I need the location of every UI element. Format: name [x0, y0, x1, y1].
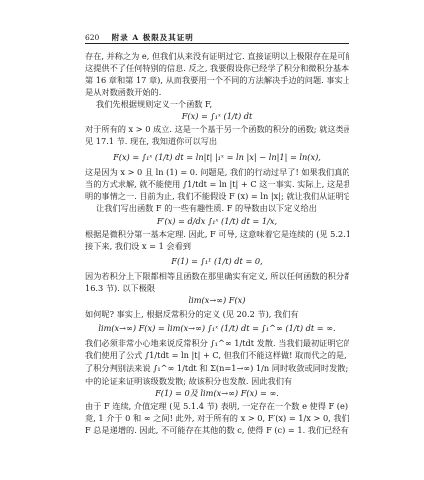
running-header: 620 附录 A 极限及其证明 — [85, 32, 194, 43]
text-line: 当的方式求解, 就不能使用 ∫1/tdt = ln |t| + C 这一事实. … — [85, 179, 349, 190]
equation: F(1) = 0及 lim(x→∞) F(x) = ∞. — [85, 388, 349, 399]
equation: lim(x→∞) F(x) = lim(x→∞) ∫₁ˣ (1/t) dt = … — [85, 323, 349, 334]
text-line: 我们使用了公式 ∫1/tdt = ln |t| + C, 但我们不能这样做! 取… — [85, 350, 349, 361]
text-line: 明的事情之一. 目前为止, 我们不能假设 F (x) = ln |x|; 就让我… — [85, 191, 349, 202]
chapter-title: 附录 A 极限及其证明 — [112, 33, 194, 42]
text-line: 存在, 并称之为 e, 但我们从来没有证明过它. 直接证明以上极限存在是可能的,… — [85, 51, 349, 62]
text-line: 对于所有的 x > 0 成立. 这是一个基于另一个函数的积分的函数; 就这类函数… — [85, 124, 349, 135]
text-line: 16.3 节). 以下极限 — [85, 283, 349, 294]
text-line: 这是因为 x > 0 且 ln (1) = 0. 问题是, 我们的行动过早了! … — [85, 167, 349, 178]
text-line: 第 16 章和第 17 章), 从而我要用一个不同的方法解决手边的问题. 事实上… — [85, 75, 349, 86]
equation: F(1) = ∫₁¹ (1/t) dt = 0, — [85, 256, 349, 267]
text-line: 见 17.1 节. 现在, 我知道你可以写出 — [85, 136, 349, 147]
text-line: 中的论证来证明该级数发散; 故该积分也发散. 因此我们有 — [85, 376, 349, 387]
text-line: 这提供不了任何特别的信息. 反之, 我要假设你已经学了积分和微积分基本定理 (见 — [85, 63, 349, 74]
text-line: 如何呢? 事实上, 根据反常积分的定义 (见 20.2 节), 我们有 — [85, 309, 349, 320]
document-page: 620 附录 A 极限及其证明 存在, 并称之为 e, 但我们从来没有证明过它.… — [0, 0, 424, 480]
text-line: 我们必须非常小心地来说反常积分 ∫₁^∞ 1/tdt 发散. 当我们最初证明它的… — [85, 338, 349, 349]
text-line: 竟, 1 介于 0 和 ∞ 之间! 此外, 对于所有的 x > 0, F′(x)… — [85, 413, 349, 424]
page-number: 620 — [85, 33, 99, 42]
header-rule — [85, 43, 349, 44]
equation: F(x) = ∫₁ˣ (1/t) dt = ln|t| |₁ˣ = ln |x|… — [85, 152, 349, 163]
equation: lim(x→∞) F(x) — [85, 295, 349, 306]
equation: F(x) = ∫₁ˣ (1/t) dt — [85, 111, 349, 122]
text-line: 由于 F 连续, 介值定理 (见 5.1.4 节) 表明, 一定存在一个数 e … — [85, 401, 349, 412]
text-line: 让我们写出函数 F 的一些有趣性质. F 的导数由以下定义给出 — [96, 203, 349, 214]
text-line: 了积分判别法来说 ∫₁^∞ 1/tdt 和 Σ(n=1→∞) 1/n 同时收敛或… — [85, 363, 349, 374]
text-line: 是从对数函数开始的. — [85, 87, 349, 98]
text-line: 接下来, 我们设 x = 1 会看到 — [85, 241, 349, 252]
text-line: 我们先根据规则定义一个函数 F, — [96, 99, 349, 110]
equation: F′(x) = d/dx ∫₁ˣ (1/t) dt = 1/x, — [85, 216, 349, 227]
text-line: 因为若积分上下限都相等且函数在那里确实有定义, 所以任何函数的积分都是 0(见 — [85, 271, 349, 282]
text-line: 根据是微积分第一基本定理. 因此, F 可导, 这意味着它是连续的 (见 5.2… — [85, 229, 349, 240]
text-line: F 总是递增的. 因此, 不可能存在其他的数 c, 使得 F (c) = 1. … — [85, 425, 349, 436]
